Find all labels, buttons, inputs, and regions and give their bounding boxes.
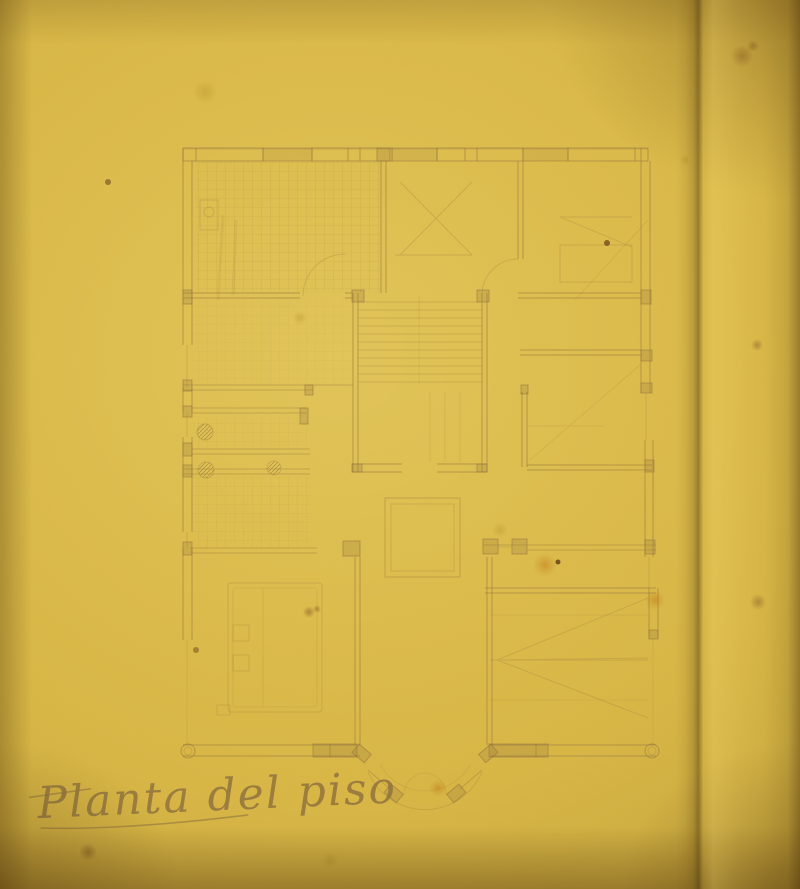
floor-plan-drawing: Planta del piso [0, 0, 800, 889]
scanned-drawing-sheet: Planta del piso [0, 0, 800, 889]
paper-texture [0, 0, 800, 889]
